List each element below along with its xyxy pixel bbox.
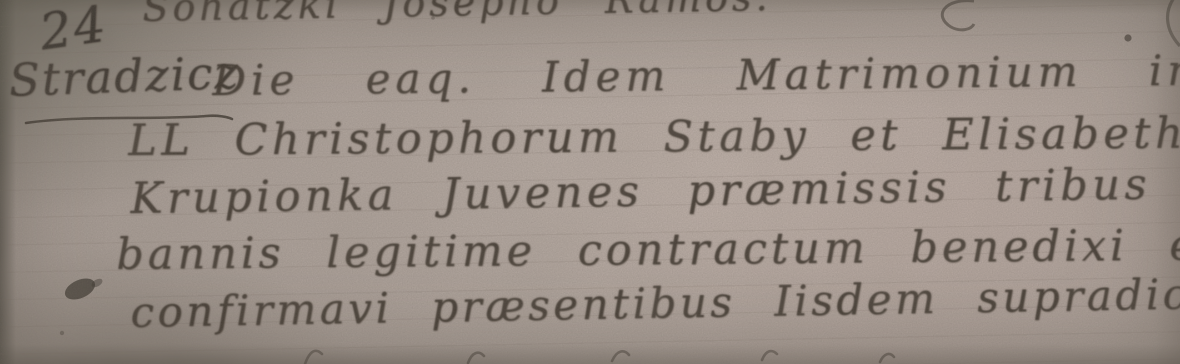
- ink-speck: [1124, 34, 1131, 41]
- ink-blot-tail: [90, 277, 104, 289]
- edge-flourish-mark: [1168, 0, 1180, 46]
- ink-blot: [62, 274, 99, 303]
- bottom-cut-strokes: [305, 351, 894, 364]
- margin-place-name: Stradzicz: [8, 46, 241, 107]
- c-flourish-mark: [942, 1, 974, 30]
- ink-speck: [60, 331, 64, 335]
- register-line-bannis: bannis legitime contractum benedixi et: [116, 220, 1180, 280]
- register-line-groom-bride: LL Christophorum Staby et Elisabeth: [128, 109, 1180, 166]
- register-line-date: Die eaq. Idem Matrimonium inter: [212, 45, 1180, 105]
- register-line-confirmavi: confirmavi præsentibus Iisdem supradicti…: [130, 268, 1180, 337]
- register-line-previous-entry: Sohatzki Josepho Ramos.: [142, 0, 772, 30]
- manuscript-scan: 24 Stradzicz Sohatzki Josepho Ramos. Die…: [0, 0, 1180, 364]
- register-line-krupionka: Krupionka Juvenes præmissis tribus: [130, 160, 1151, 224]
